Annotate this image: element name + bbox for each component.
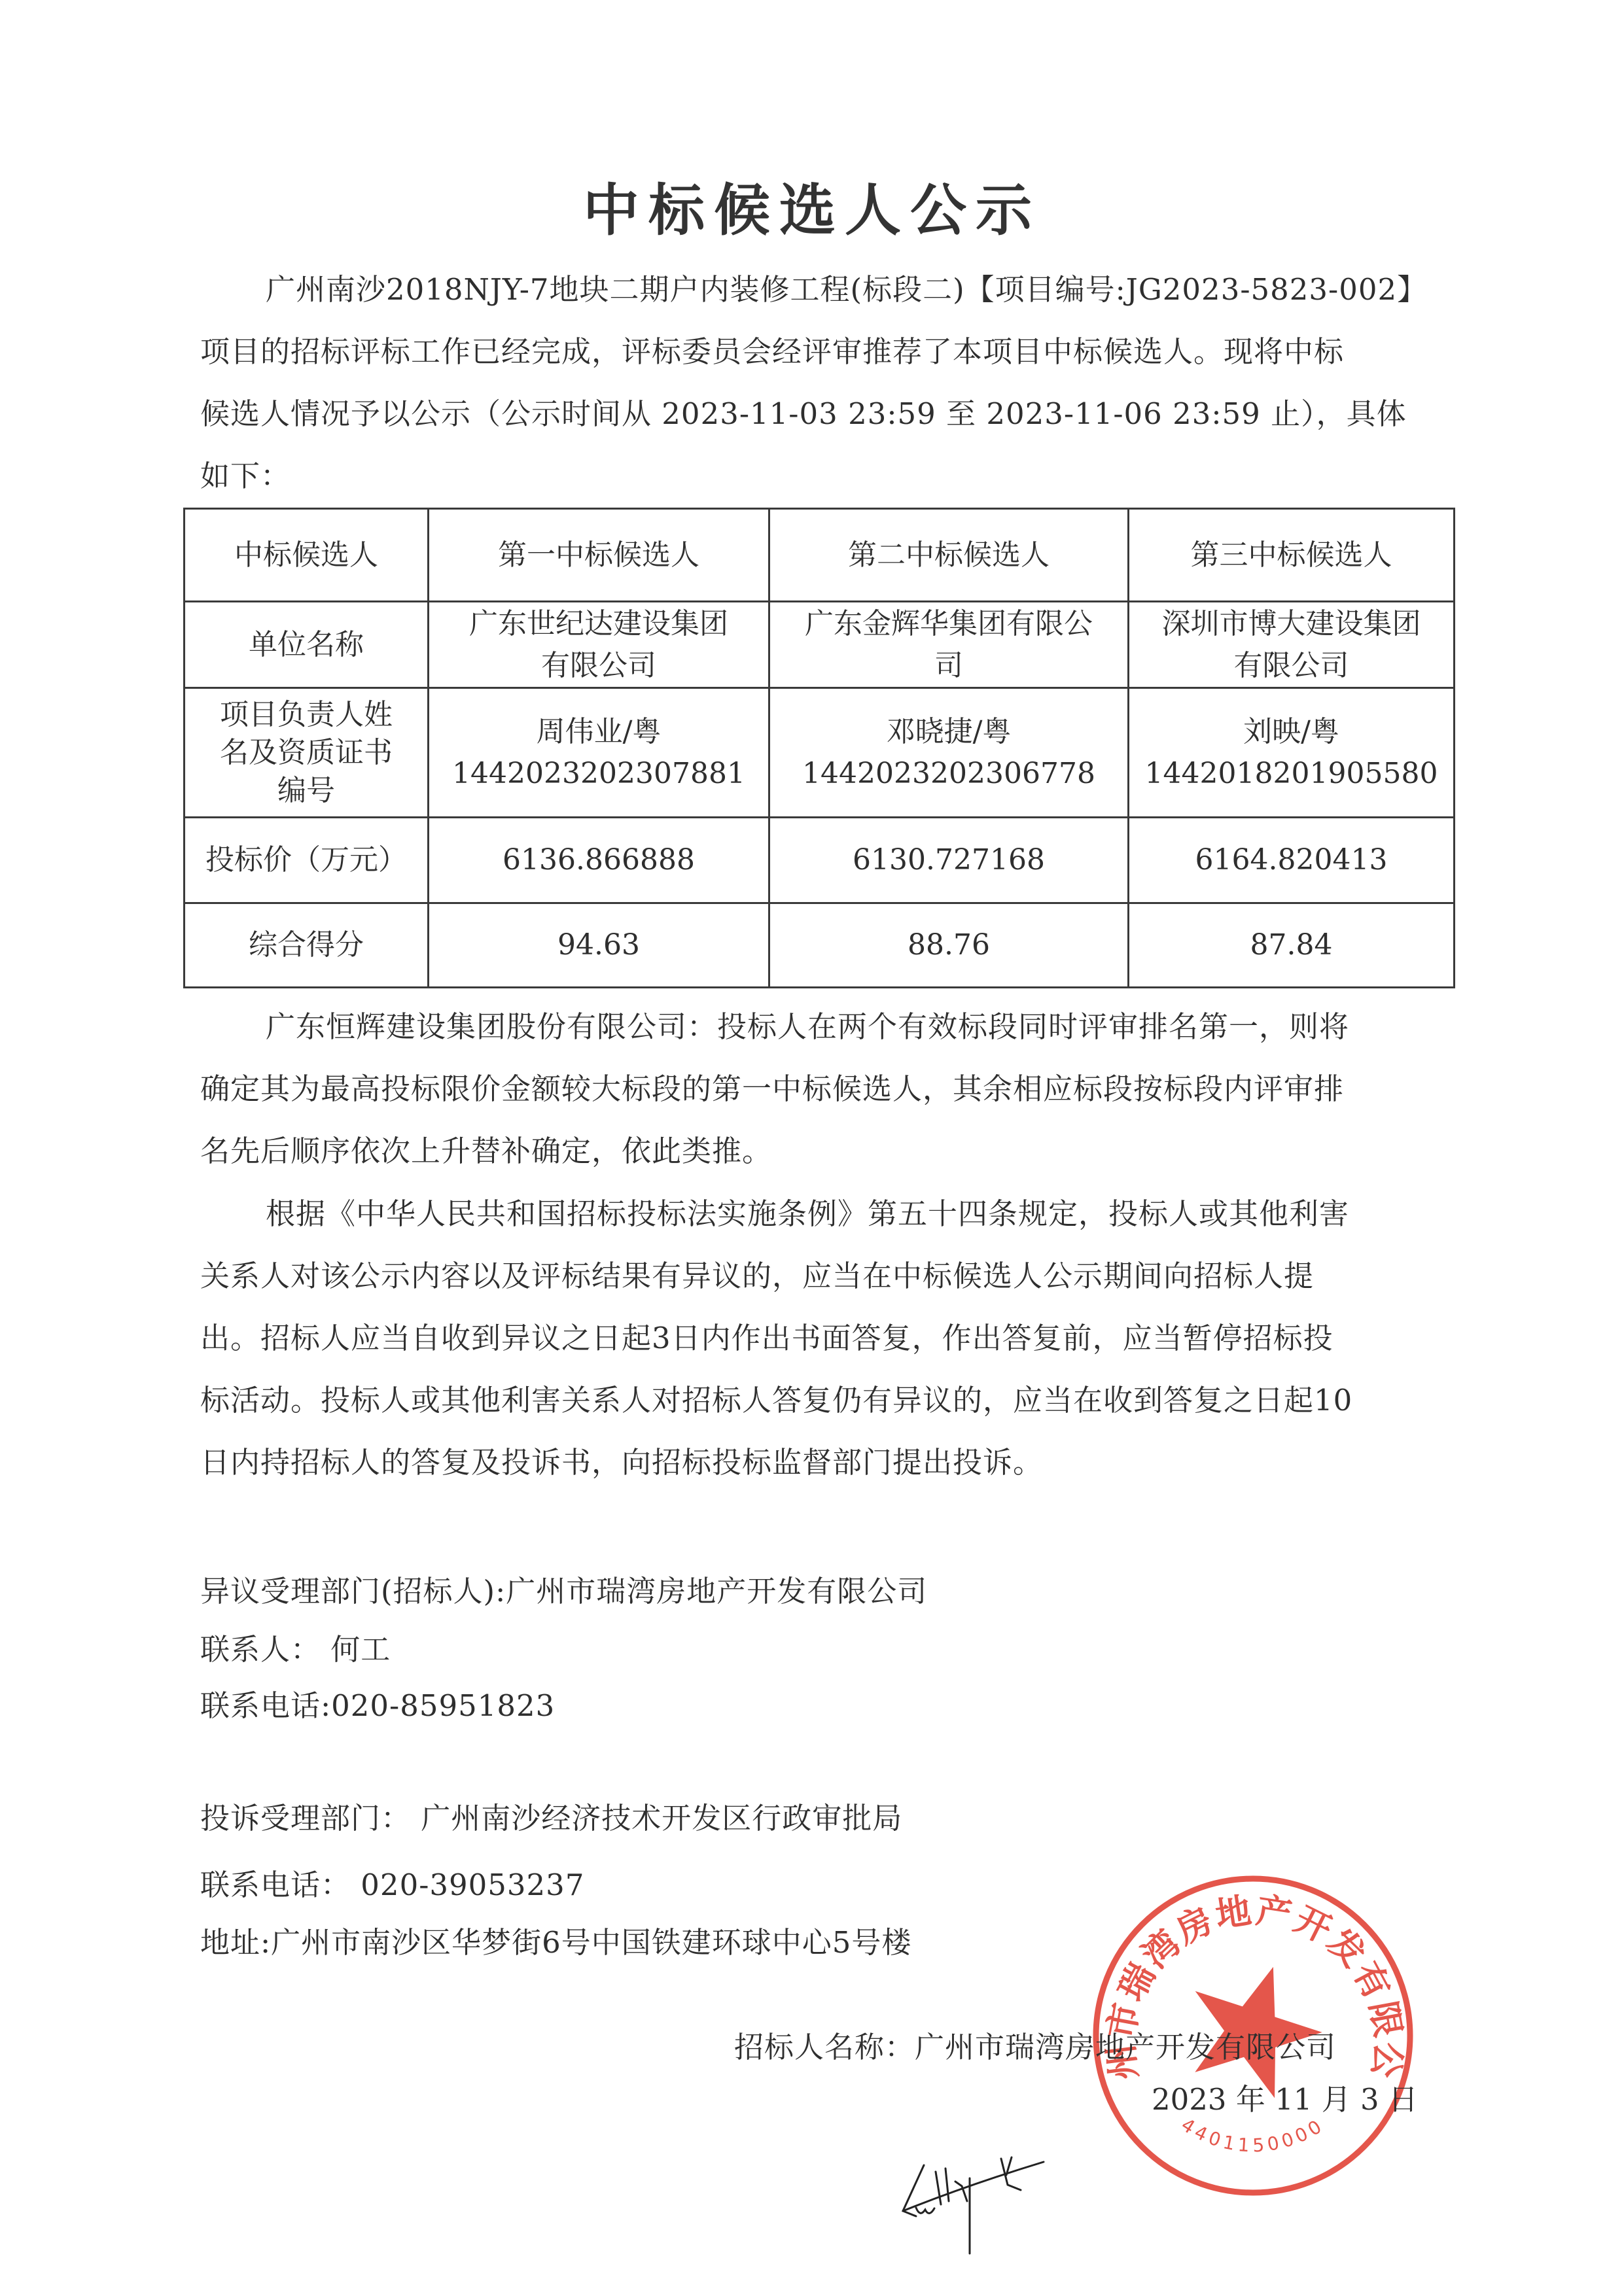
law-line: 标活动。投标人或其他利害关系人对招标人答复仍有异议的，应当在收到答复之日起10 xyxy=(200,1369,1440,1431)
table-header-cell: 第一中标候选人 xyxy=(429,509,769,602)
law-line: 根据《中华人民共和国招标投标法实施条例》第五十四条规定，投标人或其他利害 xyxy=(200,1183,1440,1245)
note-paragraph: 广东恒辉建设集团股份有限公司：投标人在两个有效标段同时评审排名第一，则将 确定其… xyxy=(200,996,1440,1182)
bid-price-3: 6164.820413 xyxy=(1129,818,1455,903)
complaint-phone: 联系电话： 020-39053237 xyxy=(200,1866,584,1905)
table-header-cell: 第三中标候选人 xyxy=(1129,509,1455,602)
row-label: 综合得分 xyxy=(185,903,429,988)
score-2: 88.76 xyxy=(769,903,1129,988)
page-title: 中标候选人公示 xyxy=(0,171,1624,250)
svg-text:4401150000: 4401150000 xyxy=(1178,2113,1329,2156)
manager-2: 邓晓捷/粤 1442023202306778 xyxy=(769,688,1129,818)
objection-phone: 联系电话:020-85951823 xyxy=(200,1686,555,1726)
complaint-address: 地址:广州市南沙区华梦街6号中国铁建环球中心5号楼 xyxy=(200,1923,911,1962)
note-line: 广东恒辉建设集团股份有限公司：投标人在两个有效标段同时评审排名第一，则将 xyxy=(200,996,1440,1058)
objection-dept: 异议受理部门(招标人):广州市瑞湾房地产开发有限公司 xyxy=(200,1572,927,1611)
document-page: 中标候选人公示 广州南沙2018NJY-7地块二期户内装修工程(标段二)【项目编… xyxy=(0,0,1624,2296)
candidate-table: 中标候选人 第一中标候选人 第二中标候选人 第三中标候选人 单位名称 广东世纪达… xyxy=(183,508,1455,988)
manager-1: 周伟业/粤 1442023202307881 xyxy=(429,688,769,818)
manager-3: 刘映/粤 1442018201905580 xyxy=(1129,688,1455,818)
law-paragraph: 根据《中华人民共和国招标投标法实施条例》第五十四条规定，投标人或其他利害 关系人… xyxy=(200,1183,1440,1493)
table-header-row: 中标候选人 第一中标候选人 第二中标候选人 第三中标候选人 xyxy=(185,509,1455,602)
score-3: 87.84 xyxy=(1129,903,1455,988)
company-name-1: 广东世纪达建设集团 有限公司 xyxy=(429,602,769,688)
law-line: 日内持招标人的答复及投诉书，向招标投标监督部门提出投诉。 xyxy=(200,1431,1440,1493)
row-label: 单位名称 xyxy=(185,602,429,688)
table-row-score: 综合得分 94.63 88.76 87.84 xyxy=(185,903,1455,988)
bid-price-2: 6130.727168 xyxy=(769,818,1129,903)
intro-line: 项目的招标评标工作已经完成，评标委员会经评审推荐了本项目中标候选人。现将中标 xyxy=(200,321,1440,383)
note-line: 确定其为最高投标限价金额较大标段的第一中标候选人，其余相应标段按标段内评审排 xyxy=(200,1058,1440,1120)
intro-line: 如下： xyxy=(200,445,1440,507)
company-name-3: 深圳市博大建设集团 有限公司 xyxy=(1129,602,1455,688)
document-date: 2023 年 11 月 3 日 xyxy=(1152,2080,1418,2119)
intro-paragraph: 广州南沙2018NJY-7地块二期户内装修工程(标段二)【项目编号:JG2023… xyxy=(200,258,1440,507)
law-line: 关系人对该公示内容以及评标结果有异议的，应当在中标候选人公示期间向招标人提 xyxy=(200,1245,1440,1307)
signature-icon xyxy=(896,2146,1047,2257)
complaint-dept: 投诉受理部门： 广州南沙经济技术开发区行政审批局 xyxy=(200,1799,902,1838)
table-row-bid-price: 投标价（万元） 6136.866888 6130.727168 6164.820… xyxy=(185,818,1455,903)
bid-price-1: 6136.866888 xyxy=(429,818,769,903)
company-name-2: 广东金辉华集团有限公 司 xyxy=(769,602,1129,688)
row-label: 项目负责人姓 名及资质证书 编号 xyxy=(185,688,429,818)
intro-line: 候选人情况予以公示（公示时间从 2023-11-03 23:59 至 2023-… xyxy=(200,383,1440,445)
table-row-company: 单位名称 广东世纪达建设集团 有限公司 广东金辉华集团有限公 司 深圳市博大建设… xyxy=(185,602,1455,688)
table-header-cell: 中标候选人 xyxy=(185,509,429,602)
tenderer-name: 招标人名称：广州市瑞湾房地产开发有限公司 xyxy=(734,2028,1336,2067)
table-row-manager: 项目负责人姓 名及资质证书 编号 周伟业/粤 1442023202307881 … xyxy=(185,688,1455,818)
law-line: 出。招标人应当自收到异议之日起3日内作出书面答复，作出答复前，应当暂停招标投 xyxy=(200,1307,1440,1369)
table-header-cell: 第二中标候选人 xyxy=(769,509,1129,602)
objection-contact: 联系人： 何工 xyxy=(200,1630,391,1669)
row-label: 投标价（万元） xyxy=(185,818,429,903)
note-line: 名先后顺序依次上升替补确定，依此类推。 xyxy=(200,1120,1440,1182)
score-1: 94.63 xyxy=(429,903,769,988)
intro-line: 广州南沙2018NJY-7地块二期户内装修工程(标段二)【项目编号:JG2023… xyxy=(200,258,1440,321)
